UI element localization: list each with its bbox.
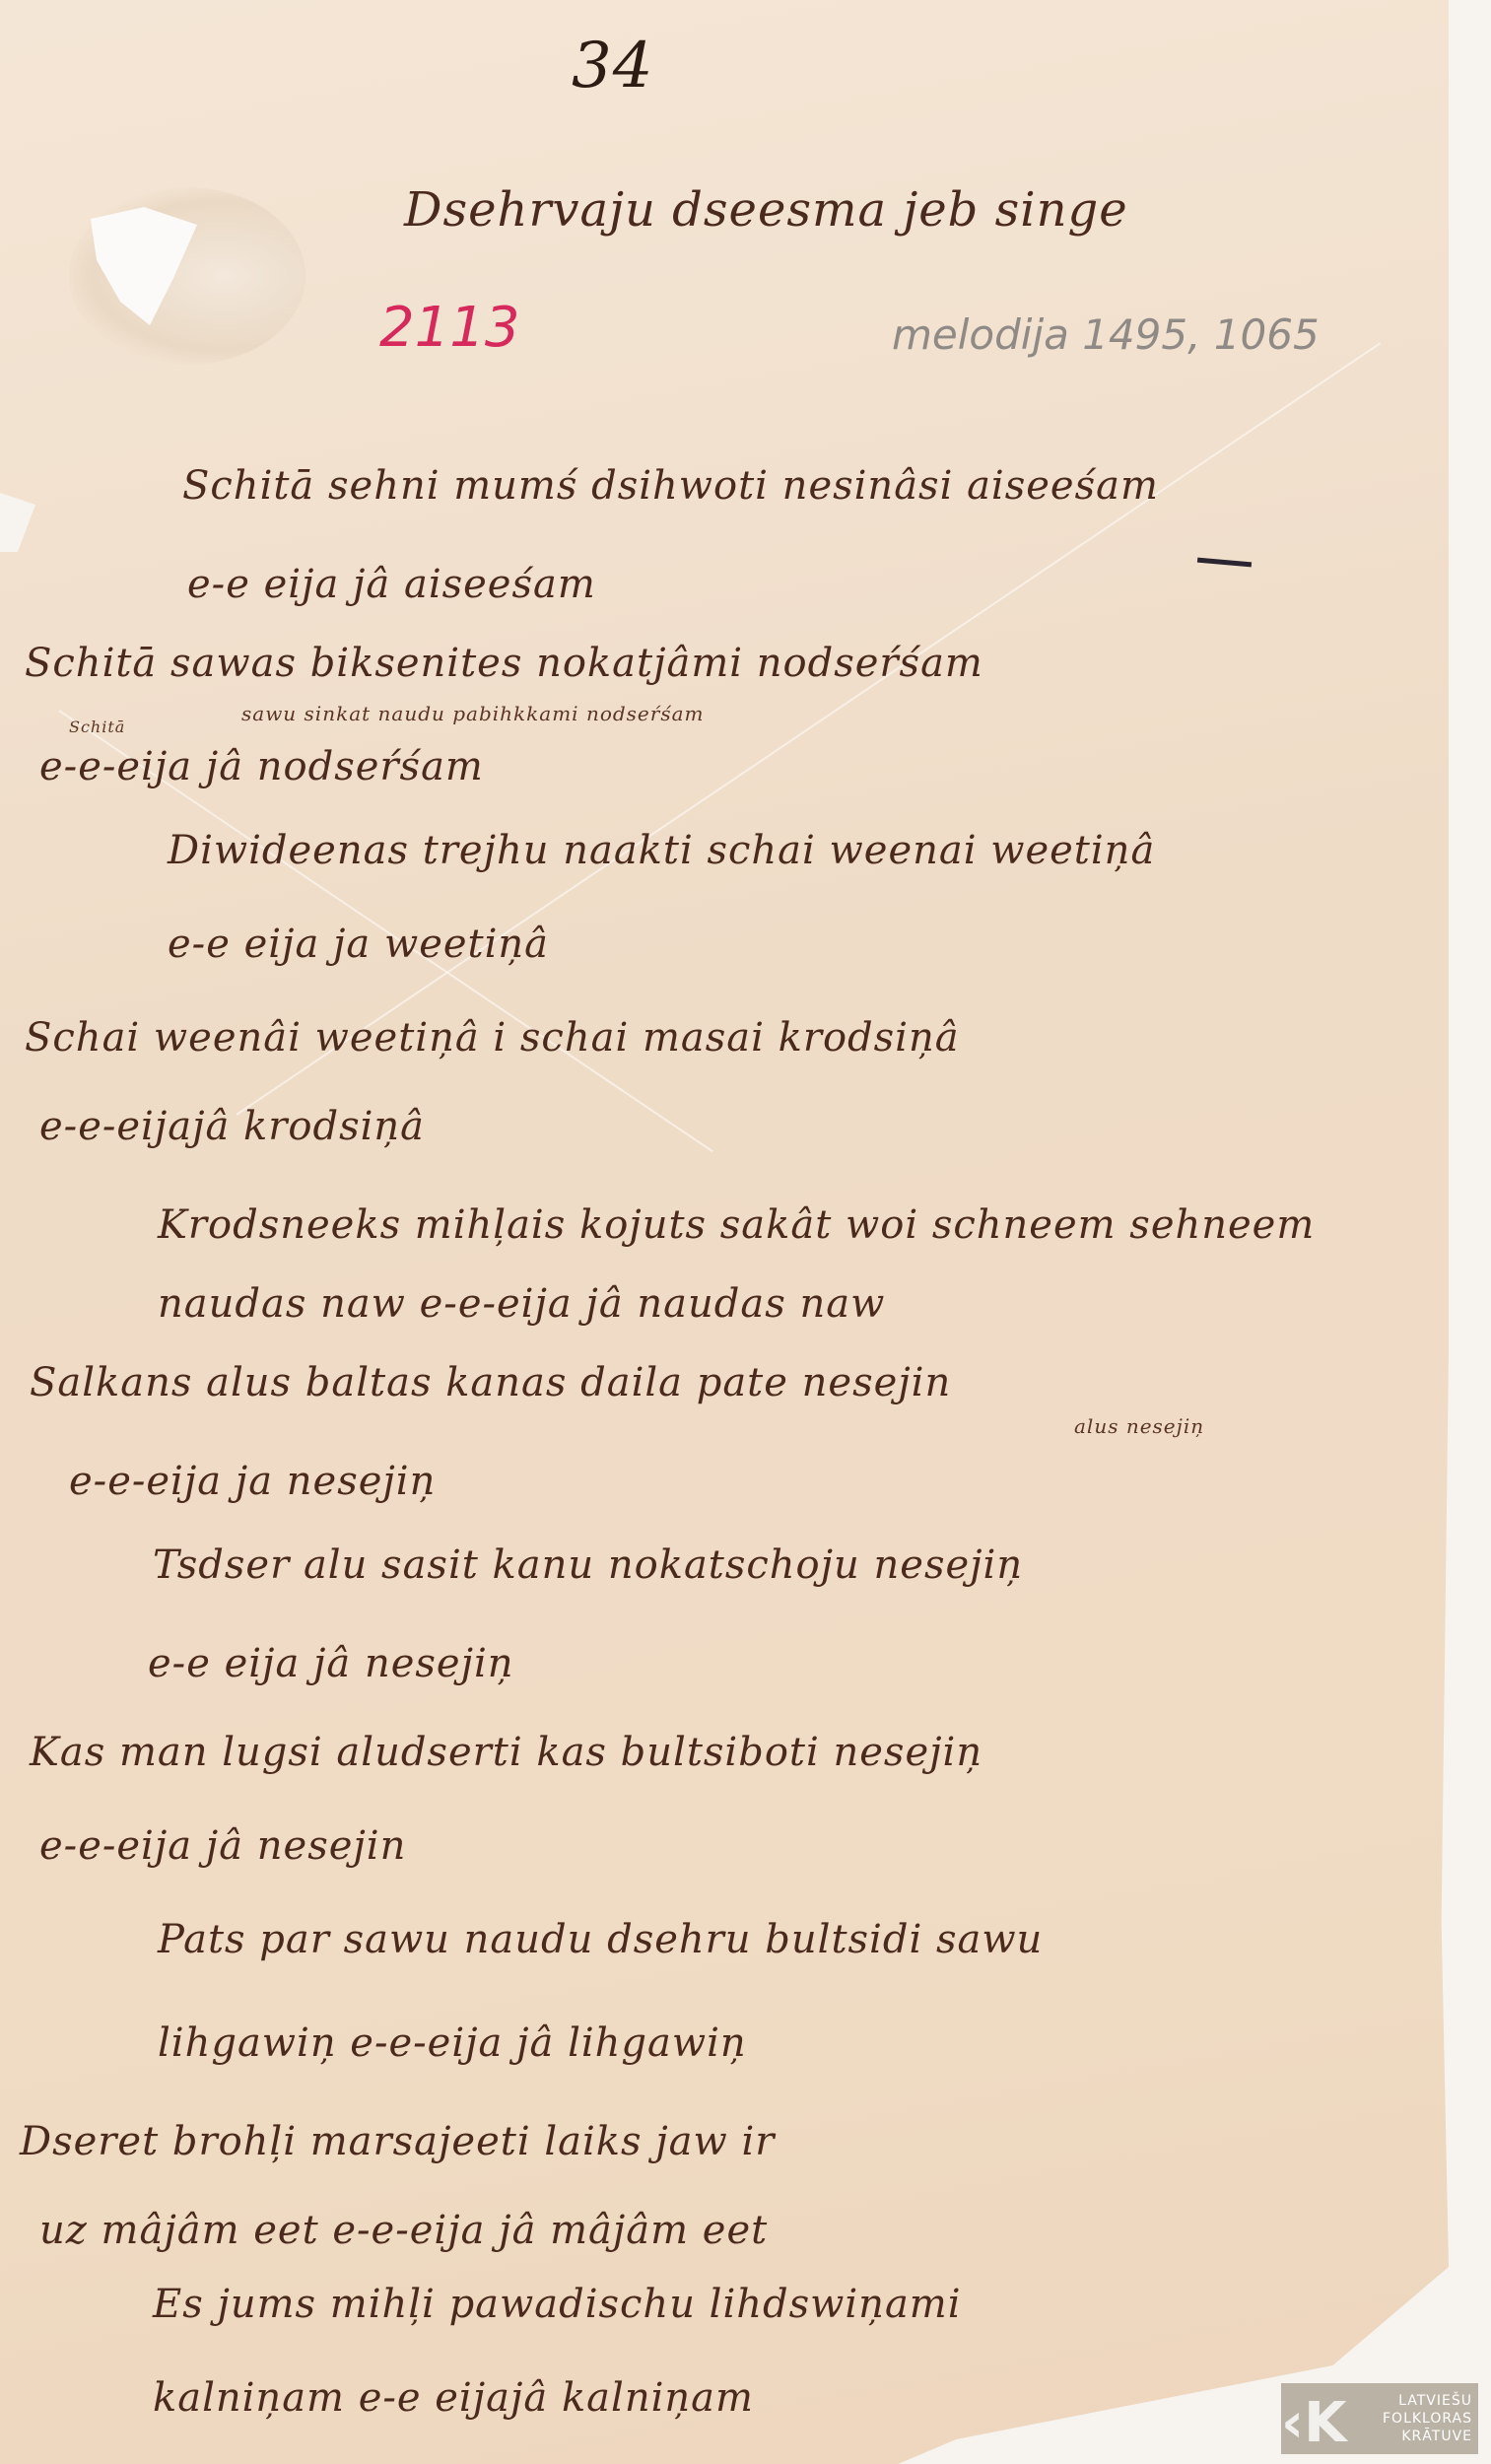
verse-line: Schai weenâi weetiņâ i schai masai krods…	[25, 1015, 960, 1061]
refrain-line: e-e-eijajâ krodsiņâ	[39, 1104, 425, 1149]
refrain-line: e-e-eija jâ nodseŕśam	[39, 744, 484, 789]
verse-line: Diwideenas trejhu naakti schai weenai we…	[168, 828, 1155, 873]
refrain-line: uz mâjâm eet e-e-eija jâ mâjâm eet	[39, 2208, 768, 2253]
refrain-line: e-e-eija ja nesejiņ	[69, 1459, 436, 1504]
verse-line: Tsdser alu sasit kanu nokatschoju neseji…	[153, 1542, 1023, 1588]
logo-text-line: KRĀTUVE	[1401, 2428, 1472, 2445]
verse-line: Pats par sawu naudu dsehru bultsidi sawu	[158, 1917, 1043, 1962]
refrain-line: naudas naw e-e-eija jâ naudas naw	[158, 1281, 885, 1327]
interlinear-note: Schitā	[69, 718, 125, 736]
page-number: 34	[572, 30, 653, 103]
pencil-melody-note: melodija 1495, 1065	[892, 310, 1320, 359]
refrain-line: kalniņam e-e eijajâ kalniņam	[153, 2375, 754, 2421]
refrain-line: lihgawiņ e-e-eija jâ lihgawiņ	[158, 2020, 747, 2066]
embossed-monogram-seal	[69, 187, 305, 365]
archive-number: 2113	[379, 296, 520, 360]
verse-line: Salkans alus baltas kanas daila pate nes…	[30, 1360, 951, 1405]
interlinear-note: alus nesejiņ	[1074, 1414, 1204, 1438]
verse-line: Es jums mihļi pawadischu lihdswiņami	[153, 2282, 962, 2327]
verse-line: Kas man lugsi aludserti kas bultsiboti n…	[30, 1730, 983, 1775]
verse-line: Schitā sehni mumś dsihwoti nesinâsi aise…	[182, 463, 1159, 509]
refrain-line: e-e eija jâ nesejiņ	[148, 1641, 514, 1686]
verse-line: Dseret brohļi marsajeeti laiks jaw ir	[20, 2119, 775, 2164]
song-title: Dsehrvaju dseesma jeb singe	[404, 182, 1128, 238]
refrain-line: e-e eija jâ aiseeśam	[187, 562, 596, 607]
verse-line: Krodsneeks mihļais kojuts sakât woi schn…	[158, 1202, 1315, 1248]
lfk-logo-icon: ‹K	[1281, 2383, 1350, 2454]
logo-text-line: FOLKLORAS	[1383, 2410, 1472, 2428]
refrain-line: e-e-eija jâ nesejin	[39, 1823, 406, 1869]
refrain-line: e-e eija ja weetiņâ	[168, 922, 549, 967]
interlinear-note: sawu sinkat naudu pabihkkami nodseŕśam	[241, 702, 704, 725]
verse-line: Schitā sawas biksenites nokatjâmi nodseŕ…	[25, 641, 983, 686]
archive-watermark-logo: ‹K LATVIEŠU FOLKLORAS KRĀTUVE	[1281, 2383, 1478, 2454]
logo-text-line: LATVIEŠU	[1398, 2392, 1472, 2410]
